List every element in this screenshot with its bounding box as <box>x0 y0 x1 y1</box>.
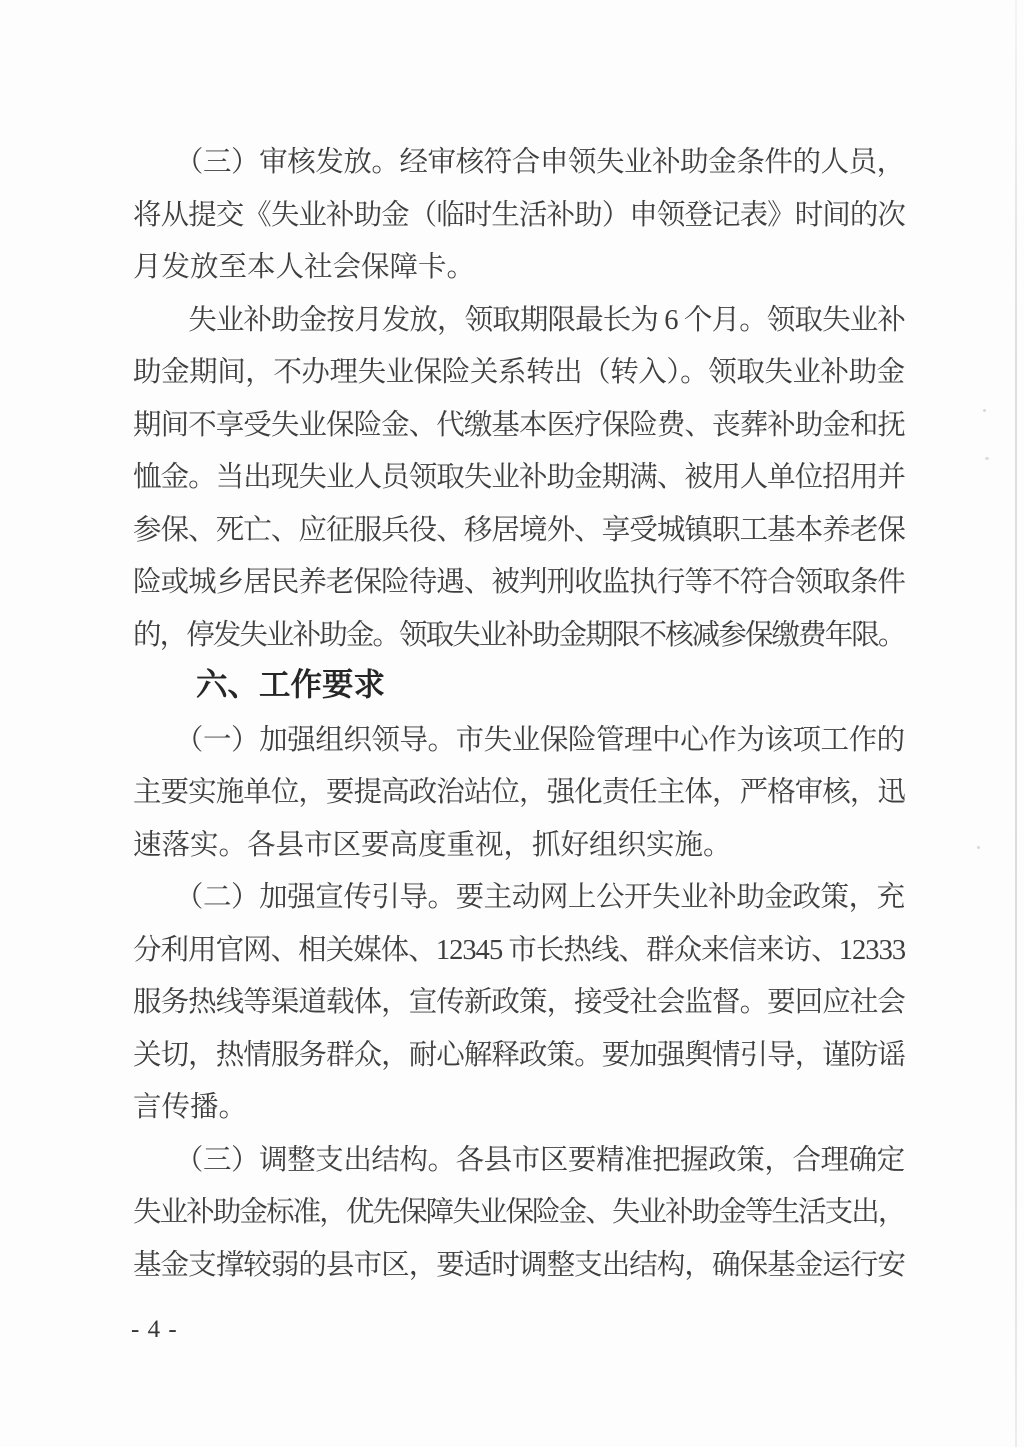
scan-speck <box>152 1043 155 1045</box>
text-line: 主要实施单位，要提高政治站位，强化责任主体，严格审核，迅 <box>133 776 905 810</box>
text-line: 参保、死亡、应征服兵役、移居境外、享受城镇职工基本养老保 <box>133 514 905 548</box>
scan-edge-shadow <box>1015 0 1017 1447</box>
scan-speck <box>983 409 986 412</box>
text-line: 失业补助金标准，优先保障失业保险金、失业补助金等生活支出， <box>133 1196 905 1230</box>
text-line: 言传播。 <box>133 1091 247 1125</box>
text-line: 的，停发失业补助金。领取失业补助金期限不核减参保缴费年限。 <box>133 619 905 653</box>
text-line: 恤金。当出现失业人员领取失业补助金期满、被用人单位招用并 <box>133 461 905 495</box>
text-line: 月发放至本人社会保障卡。 <box>133 251 475 285</box>
text-line: 关切，热情服务群众，耐心解释政策。要加强舆情引导，谨防谣 <box>133 1039 905 1073</box>
text-line: （一）加强组织领导。市失业保险管理中心作为该项工作的 <box>133 724 905 758</box>
document-page: （三）审核发放。经审核符合申领失业补助金条件的人员，将从提交《失业补助金（临时生… <box>0 0 1024 1447</box>
text-line: 服务热线等渠道载体，宣传新政策，接受社会监督。要回应社会 <box>133 986 905 1020</box>
text-line: 险或城乡居民养老保险待遇、被判刑收监执行等不符合领取条件 <box>133 566 905 600</box>
scan-speck <box>977 846 980 849</box>
text-line: 速落实。各县市区要高度重视，抓好组织实施。 <box>133 829 732 863</box>
text-line: 失业补助金按月发放，领取期限最长为 6 个月。领取失业补 <box>133 304 905 338</box>
text-line: 将从提交《失业补助金（临时生活补助）申领登记表》时间的次 <box>133 199 905 233</box>
text-line: （二）加强宣传引导。要主动网上公开失业补助金政策，充 <box>133 881 905 915</box>
scan-speck <box>985 457 989 460</box>
text-line: 期间不享受失业保险金、代缴基本医疗保险费、丧葬补助金和抚 <box>133 409 905 443</box>
text-line: （三）审核发放。经审核符合申领失业补助金条件的人员， <box>133 146 905 180</box>
text-line: （三）调整支出结构。各县市区要精准把握政策，合理确定 <box>133 1144 905 1178</box>
text-line: 基金支撑较弱的县市区，要适时调整支出结构，确保基金运行安 <box>133 1249 905 1283</box>
text-line: 分利用官网、相关媒体、12345 市长热线、群众来信来访、12333 <box>133 934 905 968</box>
section-heading: 六、工作要求 <box>133 667 385 701</box>
text-line: 助金期间，不办理失业保险关系转出（转入）。领取失业补助金 <box>133 356 905 390</box>
page-number: - 4 - <box>131 1316 178 1344</box>
